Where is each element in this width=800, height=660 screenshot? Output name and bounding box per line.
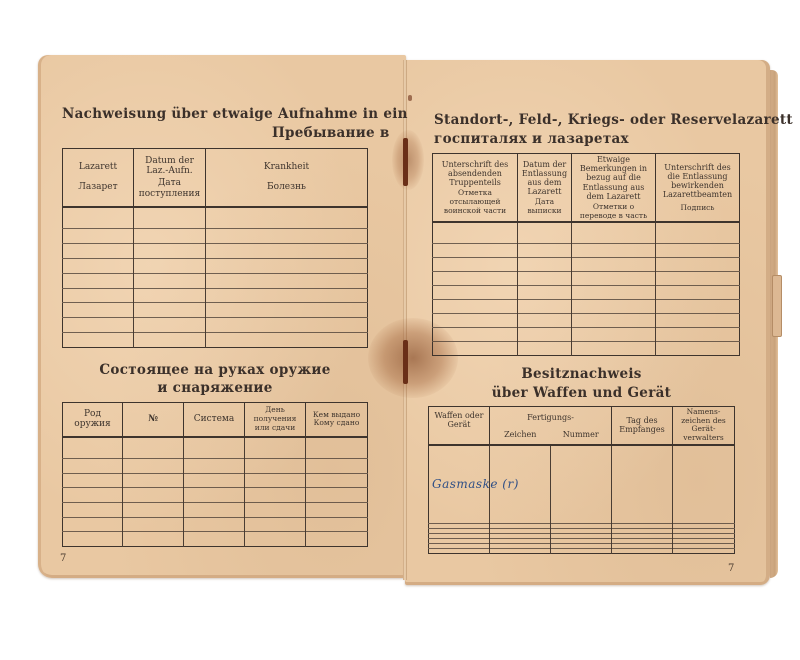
col-nummer: Nummer xyxy=(551,426,612,445)
cell[interactable] xyxy=(306,532,368,547)
cell[interactable] xyxy=(63,473,123,488)
table-row xyxy=(433,313,740,327)
col-label-de: Unterschrift des absendenden Truppenteil… xyxy=(435,160,515,188)
cell[interactable] xyxy=(63,333,134,348)
cell[interactable] xyxy=(134,303,206,318)
cell[interactable] xyxy=(63,532,123,547)
cell[interactable] xyxy=(572,257,656,271)
col-label-ru: Болезнь xyxy=(208,182,365,192)
col-label-ru: Отметка отсылающей воинской части xyxy=(435,189,515,215)
cell[interactable] xyxy=(656,313,740,327)
col-kem-vydano: Кем выдано Кому сдано xyxy=(306,403,368,437)
hospital-admission-table: Lazarett Лазарет Datum der Laz.-Aufn. Да… xyxy=(62,148,368,348)
cell[interactable] xyxy=(572,285,656,299)
col-label-ru: Дата выписки xyxy=(520,198,569,215)
cell[interactable] xyxy=(245,437,306,459)
cell[interactable] xyxy=(123,517,184,532)
cell[interactable] xyxy=(134,229,206,244)
section-title-hospital-ru: Пребывание в xyxy=(272,125,368,141)
cell[interactable] xyxy=(518,243,572,257)
table-row xyxy=(433,222,740,243)
cell[interactable] xyxy=(518,222,572,243)
cell[interactable] xyxy=(63,437,123,459)
cell[interactable] xyxy=(518,285,572,299)
cell[interactable] xyxy=(63,207,134,229)
cell-handwritten-item[interactable]: Gasmaske (r) xyxy=(429,445,490,524)
col-datum-aufnahme: Datum der Laz.-Aufn. Дата поступления xyxy=(134,149,206,207)
cell[interactable] xyxy=(245,473,306,488)
cell[interactable] xyxy=(184,473,245,488)
table-row xyxy=(63,333,368,348)
cell[interactable] xyxy=(572,299,656,313)
col-label-de: Datum der Entlassung aus dem Lazarett xyxy=(520,160,569,197)
table-row xyxy=(63,303,368,318)
cell[interactable] xyxy=(518,327,572,341)
cell[interactable] xyxy=(433,285,518,299)
col-namenszeichen: Namens-zeichen des Gerät-verwalters xyxy=(673,407,735,445)
section-title-hospital-de: Nachweisung über etwaige Aufnahme in ein xyxy=(62,106,408,122)
table-row xyxy=(433,299,740,313)
cell[interactable] xyxy=(490,548,551,553)
table-row xyxy=(63,473,368,488)
cell[interactable] xyxy=(206,333,368,348)
cell[interactable] xyxy=(63,488,123,503)
col-waffen-oder-geraet: Waffen oder Gerät xyxy=(429,407,490,445)
cell[interactable] xyxy=(518,271,572,285)
cell[interactable] xyxy=(245,488,306,503)
weapons-equipment-table: Waffen oder Gerät Fertigungs- Tag des Em… xyxy=(428,406,735,554)
col-lazarett: Lazarett Лазарет xyxy=(63,149,134,207)
cell[interactable] xyxy=(433,341,518,355)
section-title-weapons-ru-2: и снаряжение xyxy=(62,380,368,396)
col-label-ru: Подпись xyxy=(658,204,737,213)
table-row xyxy=(433,285,740,299)
cell[interactable] xyxy=(184,437,245,459)
cell[interactable] xyxy=(206,258,368,273)
cell[interactable] xyxy=(206,229,368,244)
cell[interactable] xyxy=(245,517,306,532)
table-row xyxy=(63,288,368,303)
cell[interactable] xyxy=(123,502,184,517)
cell[interactable] xyxy=(134,258,206,273)
col-sistema: Система xyxy=(184,403,245,437)
section-title-lazarett-ru: госпиталях и лазаретах xyxy=(434,131,629,147)
cell[interactable] xyxy=(572,222,656,243)
table-row xyxy=(433,341,740,355)
cell[interactable] xyxy=(134,207,206,229)
cell[interactable] xyxy=(433,313,518,327)
cell[interactable] xyxy=(123,532,184,547)
rust-dot xyxy=(408,95,412,101)
table-row xyxy=(433,257,740,271)
cell[interactable] xyxy=(656,222,740,243)
table-row xyxy=(63,258,368,273)
page-tab xyxy=(772,275,782,337)
cell[interactable] xyxy=(572,327,656,341)
table-row xyxy=(433,271,740,285)
cell[interactable] xyxy=(306,437,368,459)
cell[interactable] xyxy=(134,333,206,348)
cell[interactable] xyxy=(518,299,572,313)
cell[interactable] xyxy=(123,488,184,503)
col-rod-oruzhiya: Род оружия xyxy=(63,403,123,437)
cell[interactable] xyxy=(673,548,735,553)
col-label-ru: Лазарет xyxy=(65,182,131,192)
cell[interactable] xyxy=(656,257,740,271)
cell[interactable] xyxy=(245,502,306,517)
cell[interactable] xyxy=(63,229,134,244)
staple-rust-upper xyxy=(403,138,408,186)
col-label-de: Etwaige Bemerkungen in bezug auf die Ent… xyxy=(574,155,653,201)
cell[interactable] xyxy=(63,318,134,333)
cell[interactable] xyxy=(63,517,123,532)
col-unterschrift-truppenteil: Unterschrift des absendenden Truppenteil… xyxy=(433,154,518,223)
cell[interactable] xyxy=(656,341,740,355)
col-label-ru: Отметки о переводе в часть xyxy=(574,203,653,220)
col-nomer: № xyxy=(123,403,184,437)
cell[interactable] xyxy=(673,445,735,524)
cell[interactable] xyxy=(245,459,306,474)
cell[interactable] xyxy=(656,271,740,285)
col-fertigungs-group: Fertigungs- xyxy=(490,407,612,426)
cell[interactable] xyxy=(656,243,740,257)
cell[interactable] xyxy=(184,488,245,503)
cell[interactable] xyxy=(206,273,368,288)
table-row xyxy=(63,502,368,517)
cell[interactable] xyxy=(572,271,656,285)
col-tag-des-empfanges: Tag des Empfanges xyxy=(612,407,673,445)
table-row: Gasmaske (r) xyxy=(429,445,735,524)
cell[interactable] xyxy=(123,437,184,459)
cell[interactable] xyxy=(63,288,134,303)
section-title-waffen-geraet: über Waffen und Gerät xyxy=(428,385,735,401)
col-datum-entlassung: Datum der Entlassung aus dem Lazarett Да… xyxy=(518,154,572,223)
cell[interactable] xyxy=(572,243,656,257)
cell[interactable] xyxy=(433,222,518,243)
cell[interactable] xyxy=(206,288,368,303)
cell[interactable] xyxy=(433,299,518,313)
col-krankheit: Krankheit Болезнь xyxy=(206,149,368,207)
cell[interactable] xyxy=(63,459,123,474)
cell[interactable] xyxy=(206,303,368,318)
cell[interactable] xyxy=(63,244,134,259)
cell[interactable] xyxy=(184,502,245,517)
cell[interactable] xyxy=(123,473,184,488)
cell[interactable] xyxy=(63,502,123,517)
col-bemerkungen: Etwaige Bemerkungen in bezug auf die Ent… xyxy=(572,154,656,223)
cell[interactable] xyxy=(551,445,612,524)
table-row xyxy=(63,229,368,244)
cell[interactable] xyxy=(134,244,206,259)
cell[interactable] xyxy=(206,318,368,333)
col-label-de: Krankheit xyxy=(208,162,365,172)
page-number-left: 7 xyxy=(60,553,66,564)
cell[interactable] xyxy=(134,273,206,288)
table-row xyxy=(63,207,368,229)
col-unterschrift-beamter: Unterschrift des die Entlassung bewirken… xyxy=(656,154,740,223)
table-row xyxy=(433,243,740,257)
cell[interactable] xyxy=(206,207,368,229)
table-row xyxy=(63,273,368,288)
page-number-right: 7 xyxy=(728,563,734,574)
hospital-discharge-table: Unterschrift des absendenden Truppenteil… xyxy=(432,153,740,356)
cell[interactable] xyxy=(612,548,673,553)
table-row xyxy=(63,459,368,474)
table-row xyxy=(63,488,368,503)
section-title-lazarett-de: Standort-, Feld-, Kriegs- oder Reservela… xyxy=(434,112,793,128)
cell[interactable] xyxy=(306,459,368,474)
cell[interactable] xyxy=(206,244,368,259)
cell[interactable] xyxy=(656,327,740,341)
table-row xyxy=(63,318,368,333)
col-label-de: Lazarett xyxy=(65,162,131,172)
cell[interactable] xyxy=(306,502,368,517)
cell[interactable] xyxy=(134,288,206,303)
col-label-de: Datum der Laz.-Aufn. xyxy=(136,156,203,177)
cell[interactable] xyxy=(518,341,572,355)
table-row xyxy=(63,532,368,547)
staple-rust-lower xyxy=(403,340,408,384)
cell[interactable] xyxy=(429,548,490,553)
cell[interactable] xyxy=(572,341,656,355)
cell[interactable] xyxy=(518,257,572,271)
col-zeichen: Zeichen xyxy=(490,426,551,445)
cell[interactable] xyxy=(134,318,206,333)
cell[interactable] xyxy=(433,243,518,257)
col-label-ru: Дата поступления xyxy=(136,178,203,199)
cell[interactable] xyxy=(656,299,740,313)
cell[interactable] xyxy=(306,473,368,488)
cell[interactable] xyxy=(123,459,184,474)
table-row xyxy=(63,437,368,459)
table-row xyxy=(433,327,740,341)
stain-upper xyxy=(392,130,424,190)
cell[interactable] xyxy=(184,459,245,474)
cell[interactable] xyxy=(433,327,518,341)
cell[interactable] xyxy=(63,273,134,288)
cell[interactable] xyxy=(656,285,740,299)
weapons-on-hand-table: Род оружия № Система День получения или … xyxy=(62,402,368,547)
cell[interactable] xyxy=(433,257,518,271)
cell[interactable] xyxy=(245,532,306,547)
section-title-besitznachweis: Besitznachweis xyxy=(428,366,735,382)
cell[interactable] xyxy=(63,303,134,318)
cell[interactable] xyxy=(184,532,245,547)
cell[interactable] xyxy=(518,313,572,327)
cell[interactable] xyxy=(184,517,245,532)
table-row xyxy=(63,517,368,532)
cell[interactable] xyxy=(306,517,368,532)
cell[interactable] xyxy=(63,258,134,273)
cell[interactable] xyxy=(612,445,673,524)
table-row xyxy=(429,548,735,553)
cell[interactable] xyxy=(572,313,656,327)
cell[interactable] xyxy=(306,488,368,503)
cell[interactable] xyxy=(433,271,518,285)
col-label-de: Unterschrift des die Entlassung bewirken… xyxy=(658,163,737,200)
col-den-polucheniya: День получения или сдачи xyxy=(245,403,306,437)
cell[interactable] xyxy=(551,548,612,553)
section-title-weapons-ru-1: Состоящее на руках оружие xyxy=(62,362,368,378)
table-row xyxy=(63,244,368,259)
